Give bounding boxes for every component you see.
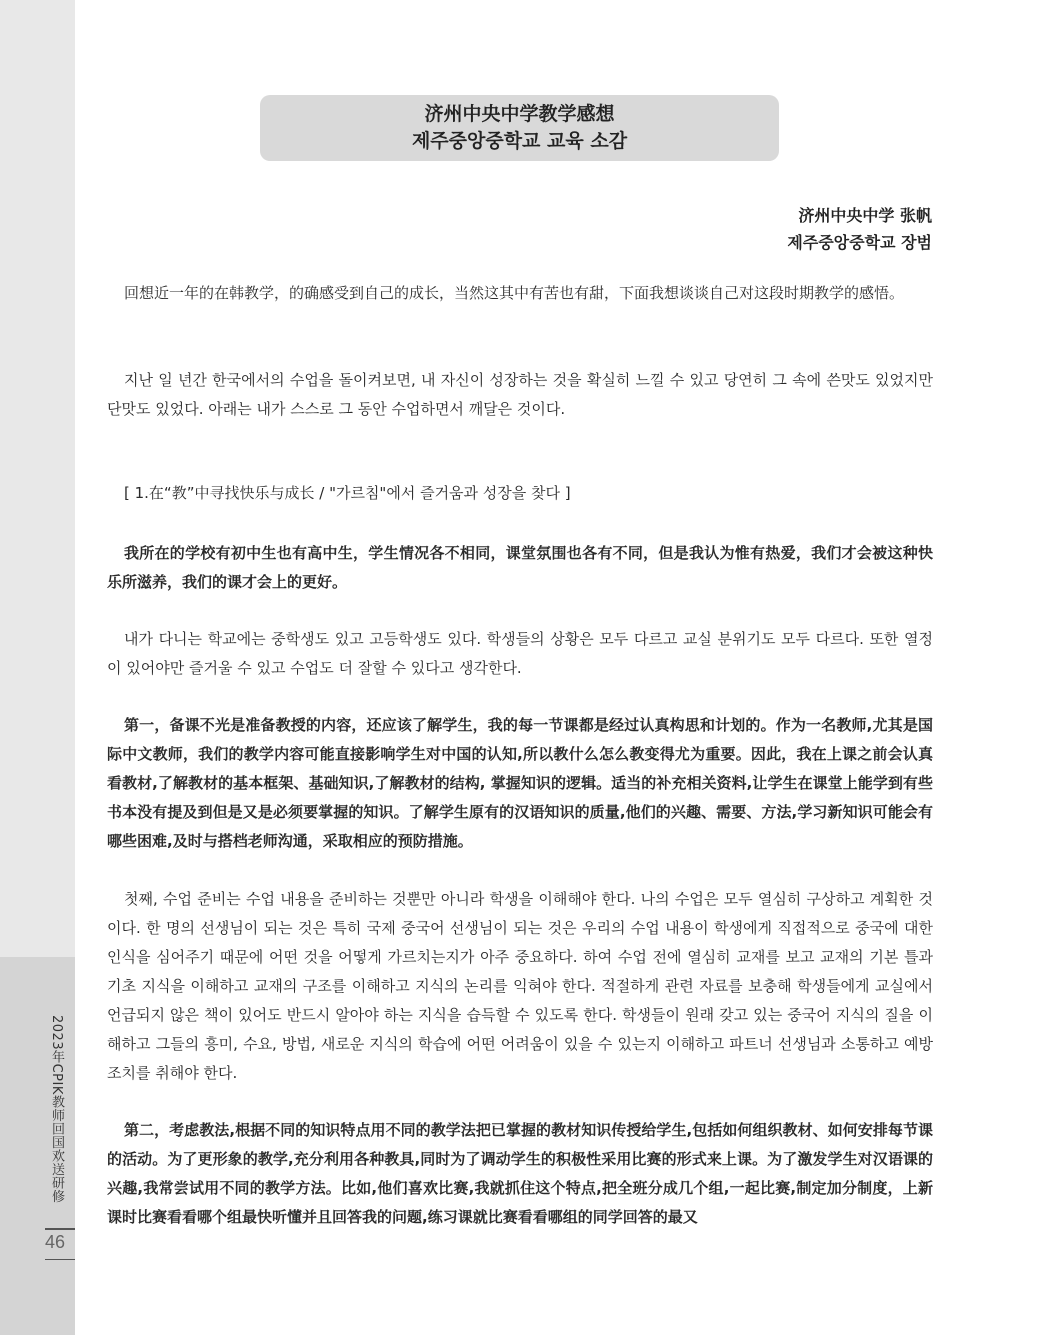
- article-title-box: 济州中央中学教学感想 제주중앙중학교 교육 소감: [260, 95, 779, 161]
- section1-paragraph-ko: 내가 다니는 학교에는 중학생도 있고 고등학생도 있다. 학생들의 상황은 모…: [107, 625, 933, 683]
- page-number-rule-top: [45, 1228, 75, 1230]
- title-chinese: 济州中央中学教学感想: [424, 101, 614, 128]
- page-number-rule-bottom: [45, 1259, 75, 1260]
- running-title: 2023年CPIK教师回国欢送研修: [47, 1015, 66, 1203]
- first-point-paragraph-zh: 第一，备课不光是准备教授的内容，还应该了解学生，我的每一节课都是经过认真构思和计…: [107, 711, 933, 856]
- first-point-paragraph-ko: 첫째, 수업 준비는 수업 내용을 준비하는 것뿐만 아니라 학생을 이해해야 …: [107, 885, 933, 1088]
- page-number: 46: [45, 1232, 75, 1253]
- section1-paragraph-zh: 我所在的学校有初中生也有高中生，学生情况各不相同，课堂氛围也各有不同，但是我认为…: [107, 539, 933, 597]
- author-block: 济州中央中学 张帆 제주중앙중학교 장범: [787, 202, 932, 256]
- title-korean: 제주중앙중학교 교육 소감: [412, 128, 627, 155]
- author-chinese: 济州中央中学 张帆: [787, 202, 932, 229]
- intro-paragraph-ko: 지난 일 년간 한국에서의 수업을 돌이켜보면, 내 자신이 성장하는 것을 확…: [107, 366, 933, 424]
- intro-paragraph-zh: 回想近一年的在韩教学，的确感受到自己的成长，当然这其中有苦也有甜，下面我想谈谈自…: [107, 279, 933, 308]
- second-point-paragraph-zh: 第二，考虑教法,根据不同的知识特点用不同的教学法把已掌握的教材知识传授给学生,包…: [107, 1116, 933, 1232]
- author-korean: 제주중앙중학교 장범: [787, 229, 932, 256]
- section-heading-1: [ 1.在“教”中寻找快乐与成长 / "가르침"에서 즐거움과 성장을 찾다 ]: [124, 482, 571, 503]
